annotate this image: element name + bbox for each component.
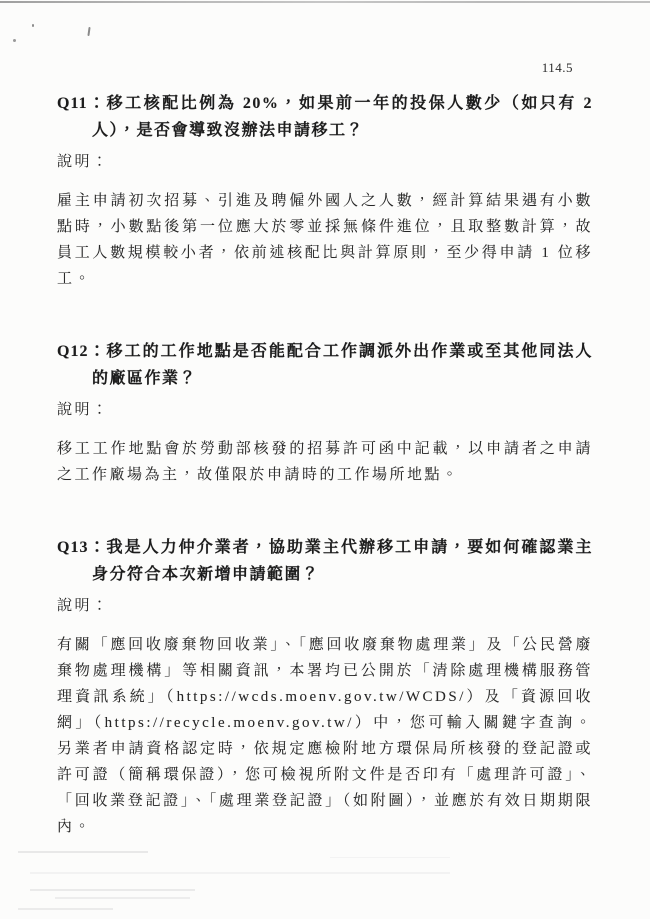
explanation-label-q12: 說明： bbox=[57, 397, 593, 423]
page-content: Q11：移工核配比例為 20%，如果前一年的投保人數少（如只有 2 人），是否會… bbox=[0, 0, 650, 840]
qa-section-q11: Q11：移工核配比例為 20%，如果前一年的投保人數少（如只有 2 人），是否會… bbox=[57, 90, 593, 292]
question-text-q12: 移工的工作地點是否能配合工作調派外出作業或至其他同法人的廠區作業？ bbox=[92, 343, 593, 387]
scan-artifact-smudge bbox=[330, 857, 450, 858]
question-heading-q11: Q11：移工核配比例為 20%，如果前一年的投保人數少（如只有 2 人），是否會… bbox=[57, 90, 593, 144]
question-label-q13: Q13： bbox=[57, 539, 107, 556]
scan-artifact-smudge bbox=[30, 872, 450, 874]
question-label-q11: Q11： bbox=[57, 95, 107, 112]
explanation-label-q11: 說明： bbox=[57, 149, 593, 175]
explanation-label-q13: 說明： bbox=[57, 593, 593, 619]
question-label-q12: Q12： bbox=[57, 343, 107, 360]
scan-artifact-smudge bbox=[55, 897, 190, 899]
scan-artifact-smudge bbox=[30, 889, 195, 891]
qa-section-q12: Q12：移工的工作地點是否能配合工作調派外出作業或至其他同法人的廠區作業？ 說明… bbox=[57, 338, 593, 488]
document-page: 114.5 Q11：移工核配比例為 20%，如果前一年的投保人數少（如只有 2 … bbox=[0, 0, 650, 919]
question-text-q13: 我是人力仲介業者，協助業主代辦移工申請，要如何確認業主身分符合本次新增申請範圍？ bbox=[92, 539, 593, 583]
question-heading-q12: Q12：移工的工作地點是否能配合工作調派外出作業或至其他同法人的廠區作業？ bbox=[57, 338, 593, 392]
qa-section-q13: Q13：我是人力仲介業者，協助業主代辦移工申請，要如何確認業主身分符合本次新增申… bbox=[57, 534, 593, 840]
scan-artifact-smudge bbox=[18, 851, 148, 853]
explanation-paragraph-q12: 移工工作地點會於勞動部核發的招募許可函中記載，以申請者之申請之工作廠場為主，故僅… bbox=[57, 436, 593, 488]
explanation-paragraph-q11: 雇主申請初次招募、引進及聘僱外國人之人數，經計算結果遇有小數點時，小數點後第一位… bbox=[57, 188, 593, 292]
question-text-q11: 移工核配比例為 20%，如果前一年的投保人數少（如只有 2 人），是否會導致沒辦… bbox=[92, 95, 593, 139]
question-heading-q13: Q13：我是人力仲介業者，協助業主代辦移工申請，要如何確認業主身分符合本次新增申… bbox=[57, 534, 593, 588]
explanation-paragraph-q13: 有關「應回收廢棄物回收業」、「應回收廢棄物處理業」及「公民營廢棄物處理機構」等相… bbox=[57, 632, 593, 840]
scan-artifact-smudge bbox=[18, 908, 113, 910]
